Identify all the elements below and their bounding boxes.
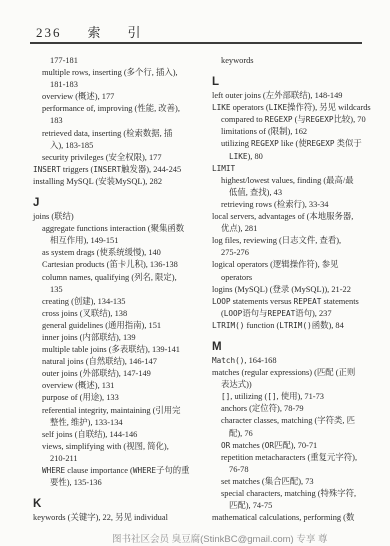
code-term: INSERT xyxy=(93,165,121,174)
index-line: 配), 76 xyxy=(212,428,390,440)
code-term: LTRIM() xyxy=(279,321,311,330)
index-line: left outer joins (左外部联结), 148-149 xyxy=(212,90,390,102)
index-line: LIKE), 80 xyxy=(212,151,390,163)
code-term: [] xyxy=(221,392,230,401)
index-line: performance of, improving (性能, 改善), xyxy=(33,103,211,115)
index-line: utilizing REGEXP like (使REGEXP 类似于 xyxy=(212,138,390,150)
index-line: set matches (集合匹配), 73 xyxy=(212,476,390,488)
code-term: LIMIT xyxy=(212,164,235,173)
index-line: 181-183 xyxy=(33,79,211,91)
index-line: character classes, matching (字符类, 匹 xyxy=(212,415,390,427)
index-line: 76-78 xyxy=(212,464,390,476)
index-line: cross joins (叉联结), 138 xyxy=(33,308,211,320)
index-line: views, simplifying with (视图, 简化), xyxy=(33,441,211,453)
index-line: 表达式)) xyxy=(212,379,390,391)
index-line: LTRIM() function (LTRIM()函数), 84 xyxy=(212,320,390,332)
section-header: M xyxy=(212,340,390,355)
index-line: highest/lowest values, finding (最高/最 xyxy=(212,175,390,187)
section-header: J xyxy=(33,196,211,211)
code-term: OR xyxy=(265,441,274,450)
index-line: retrieved data, inserting (检索数据, 插 xyxy=(33,128,211,140)
index-line: inner joins (内部联结), 139 xyxy=(33,332,211,344)
index-line: logical operators (逻辑操作符), 参见 xyxy=(212,259,390,271)
index-line: [], utilizing ([], 使用), 71-73 xyxy=(212,391,390,403)
index-line: retrieving rows (检索行), 33-34 xyxy=(212,199,390,211)
index-line: 177-181 xyxy=(33,55,211,67)
index-line: as system drags (使系统缓慢), 140 xyxy=(33,247,211,259)
column-right: keywordsLleft outer joins (左外部联结), 148-1… xyxy=(212,55,390,524)
index-line: 优点), 281 xyxy=(212,223,390,235)
index-line: keywords (关键字), 22, 另见 individual xyxy=(33,512,211,524)
code-term: REGEXP xyxy=(265,115,293,124)
code-term: LOOP xyxy=(224,309,243,318)
index-line: security privileges (安全权限), 177 xyxy=(33,152,211,164)
index-line: 210-211 xyxy=(33,453,211,465)
index-line: multiple table joins (多表联结), 139-141 xyxy=(33,344,211,356)
index-line: Match(), 164-168 xyxy=(212,355,390,367)
index-line: outer joins (外部联结), 147-149 xyxy=(33,368,211,380)
document-page: { "page": { "number": "236", "title": "索… xyxy=(0,0,390,546)
index-line: LIKE operators (LIKE操作符), 另见 wildcards xyxy=(212,102,390,114)
code-term: REPEAT xyxy=(267,309,295,318)
code-term: REPEAT xyxy=(294,297,322,306)
index-line: 275-276 xyxy=(212,247,390,259)
code-term: REGEXP xyxy=(306,115,334,124)
index-line: purpose of (用途), 133 xyxy=(33,392,211,404)
code-term: LIKE xyxy=(269,103,288,112)
index-line: LIMIT xyxy=(212,163,390,175)
index-line: 匹配), 74-75 xyxy=(212,500,390,512)
page-number: 236 xyxy=(36,25,62,41)
code-term: Match() xyxy=(212,356,244,365)
watermark-text: 图书社区会员 臭豆腐(StinkBC@gmail.com) 专享 尊 xyxy=(112,531,328,545)
code-term: REGEXP xyxy=(307,139,335,148)
index-line: 相互作用), 149-151 xyxy=(33,235,211,247)
section-header: K xyxy=(33,497,211,512)
index-line: (LOOP语句与REPEAT语句), 237 xyxy=(212,308,390,320)
index-line: 要性), 135-136 xyxy=(33,477,211,489)
index-line: anchors (定位符), 78-79 xyxy=(212,403,390,415)
code-term: [] xyxy=(267,392,276,401)
code-term: LIKE xyxy=(229,152,248,161)
index-line: INSERT triggers (INSERT触发器), 244-245 xyxy=(33,164,211,176)
index-line: mathematical calculations, performing (数 xyxy=(212,512,390,524)
section-header: L xyxy=(212,75,390,90)
code-term: REGEXP xyxy=(251,139,279,148)
index-line: local servers, advantages of (本地服务器, xyxy=(212,211,390,223)
code-term: LIKE xyxy=(212,103,231,112)
index-line: multiple rows, inserting (多个行, 插入), xyxy=(33,67,211,79)
index-line: 入), 183-185 xyxy=(33,140,211,152)
code-term: INSERT xyxy=(33,165,61,174)
index-line: joins (联结) xyxy=(33,211,211,223)
code-term: WHERE xyxy=(133,466,156,475)
index-line: repetition metacharacters (重复元字符), xyxy=(212,452,390,464)
index-line: creating (创建), 134-135 xyxy=(33,296,211,308)
index-line: WHERE clause importance (WHERE子句的重 xyxy=(33,465,211,477)
page-title: 索引 xyxy=(88,22,168,41)
index-line: matches (regular expressions) (匹配 (正则 xyxy=(212,367,390,379)
code-term: OR xyxy=(221,441,230,450)
index-line: 低值, 查找), 43 xyxy=(212,187,390,199)
index-line: installing MySQL (安装MySQL), 282 xyxy=(33,176,211,188)
page-header: 236 索引 xyxy=(36,22,168,41)
code-term: LTRIM() xyxy=(212,321,244,330)
code-term: WHERE xyxy=(42,466,65,475)
index-line: keywords xyxy=(212,55,390,67)
index-line: special characters, matching (特殊字符, xyxy=(212,488,390,500)
index-line: overview (概述), 177 xyxy=(33,91,211,103)
index-line: column names, qualifying (列名, 限定), xyxy=(33,272,211,284)
index-line: natural joins (自然联结), 146-147 xyxy=(33,356,211,368)
index-line: general guidelines (通用指南), 151 xyxy=(33,320,211,332)
index-line: referential integrity, maintaining (引用完 xyxy=(33,405,211,417)
index-line: operators xyxy=(212,272,390,284)
index-line: limitations of (限制), 162 xyxy=(212,126,390,138)
header-divider xyxy=(30,42,362,44)
index-line: logins (MySQL) (登录 (MySQL)), 21-22 xyxy=(212,284,390,296)
index-line: aggregate functions interaction (聚集函数 xyxy=(33,223,211,235)
index-line: LOOP statements versus REPEAT statements xyxy=(212,296,390,308)
index-line: self joins (自联结), 144-146 xyxy=(33,429,211,441)
index-line: log files, reviewing (日志文件, 查看), xyxy=(212,235,390,247)
index-line: overview (概述), 131 xyxy=(33,380,211,392)
index-line: 135 xyxy=(33,284,211,296)
index-line: 整性, 维护), 133-134 xyxy=(33,417,211,429)
index-line: 183 xyxy=(33,115,211,127)
code-term: LOOP xyxy=(212,297,231,306)
index-line: Cartesian products (笛卡儿积), 136-138 xyxy=(33,259,211,271)
index-line: OR matches (OR匹配), 70-71 xyxy=(212,440,390,452)
index-line: compared to REGEXP (与REGEXP比较), 70 xyxy=(212,114,390,126)
column-left: 177-181multiple rows, inserting (多个行, 插入… xyxy=(33,55,211,524)
